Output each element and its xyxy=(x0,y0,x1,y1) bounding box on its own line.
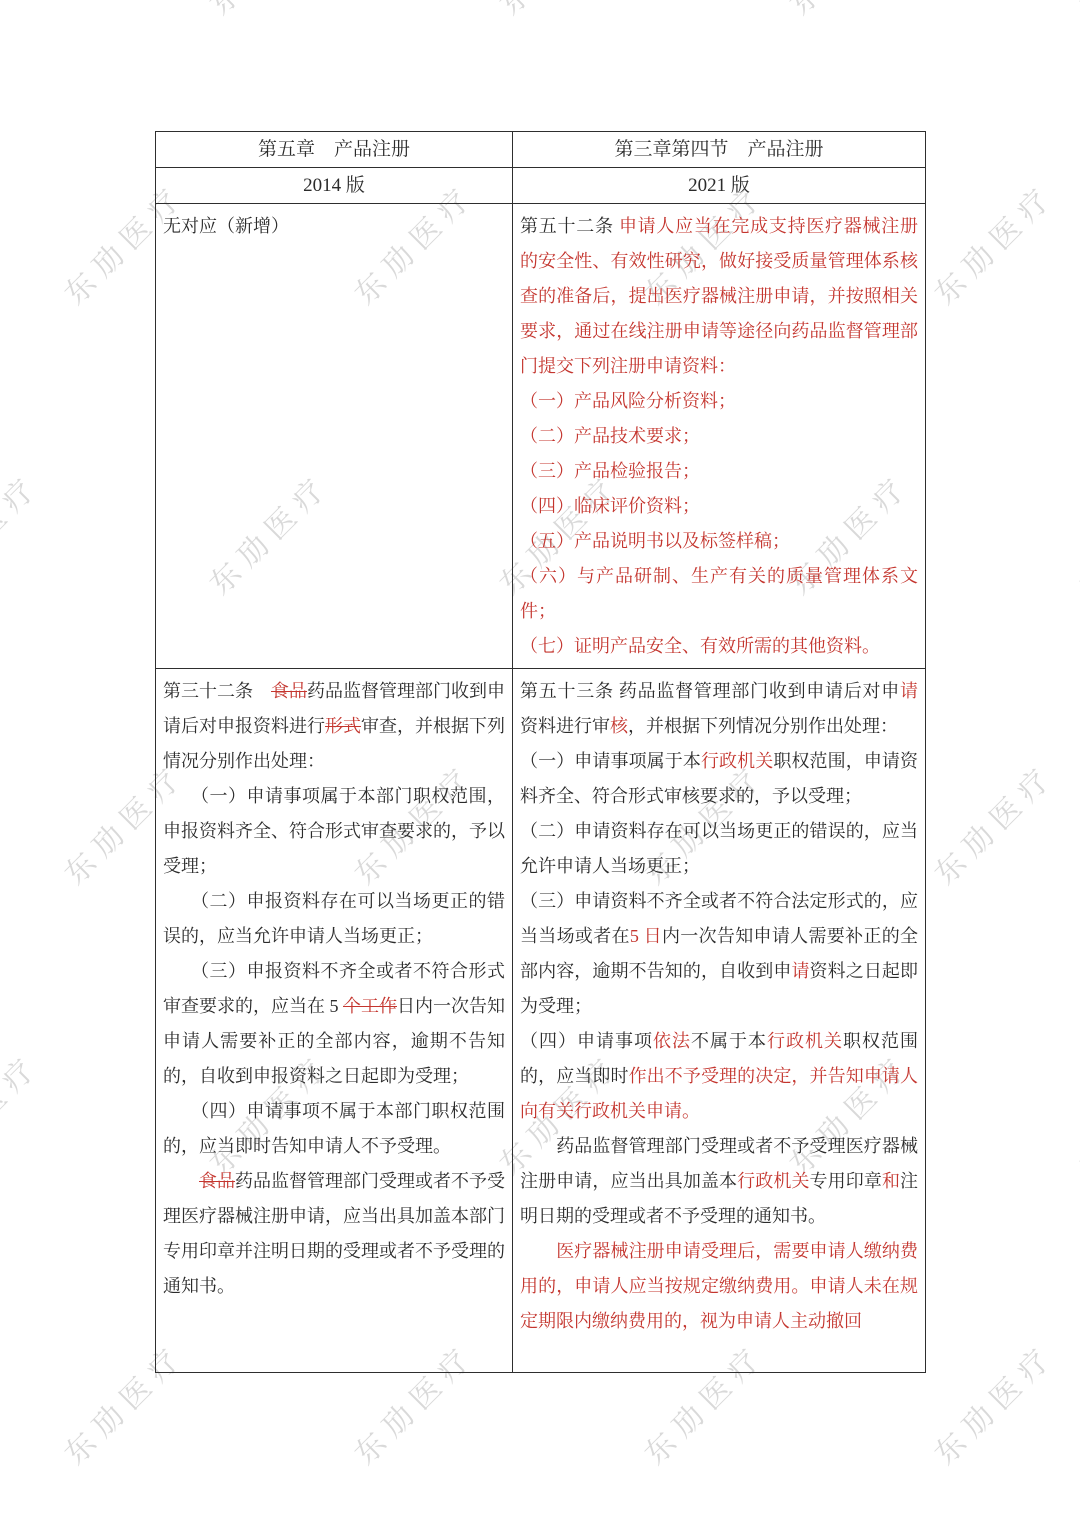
added-text: （七）证明产品安全、有效所需的其他资料。 xyxy=(520,636,880,656)
paragraph: （六）与产品研制、生产有关的质量管理体系文件； xyxy=(520,559,918,629)
paragraph: （三）申报资料不齐全或者不符合形式审查要求的，应当在 5 个工作日内一次告知申请… xyxy=(163,954,505,1094)
added-text: 申请人应当在完成支持医疗器械注册的安全性、有效性研究，做好接受质量管理体系核查的… xyxy=(520,216,918,376)
watermark-text: 东劢医疗 xyxy=(0,461,49,602)
paragraph: （三）申请资料不齐全或者不符合法定形式的，应当当场或者在5 日内一次告知申请人需… xyxy=(520,884,918,1024)
paragraph: （五）产品说明书以及标签样稿； xyxy=(520,524,918,559)
text-run: 第三十二条 xyxy=(163,681,271,701)
paragraph: 食品药品监督管理部门受理或者不予受理医疗器械注册申请，应当出具加盖本部门专用印章… xyxy=(163,1164,505,1304)
text-run xyxy=(163,1171,199,1191)
text-run: （二）申请资料存在可以当场更正的错误的，应当允许申请人当场更正； xyxy=(520,821,918,876)
header-right-chapter: 第三章第四节 产品注册 xyxy=(513,132,926,168)
text-run xyxy=(520,1241,556,1261)
added-text: 行政机关 xyxy=(701,751,773,771)
cell-2014-no-counterpart: 无对应（新增） xyxy=(156,204,513,669)
watermark-text: 东劢医疗 xyxy=(0,1041,49,1182)
watermark-text: 东劢医疗 xyxy=(922,171,1063,312)
added-text: 依法 xyxy=(653,1031,691,1051)
watermark-text: 东劢医疗 xyxy=(487,0,628,23)
added-text: （六）与产品研制、生产有关的质量管理体系文件； xyxy=(520,566,918,621)
added-text: 行政机关 xyxy=(737,1171,809,1191)
header-right-version: 2021 版 xyxy=(513,168,926,204)
header-left-version: 2014 版 xyxy=(156,168,513,204)
text-run: （二）申报资料存在可以当场更正的错误的，应当允许申请人当场更正； xyxy=(163,891,505,946)
paragraph: （一）申请事项属于本行政机关职权范围，申请资料齐全、符合形式审核要求的，予以受理… xyxy=(520,744,918,814)
table-row-article-52: 无对应（新增） 第五十二条 申请人应当在完成支持医疗器械注册的安全性、有效性研究… xyxy=(156,204,926,669)
paragraph: 第五十三条 药品监督管理部门收到申请后对申请资料进行审核，并根据下列情况分别作出… xyxy=(520,674,918,744)
paragraph: （二）申报资料存在可以当场更正的错误的，应当允许申请人当场更正； xyxy=(163,884,505,954)
paragraph: （四）临床评价资料； xyxy=(520,489,918,524)
text-run: （四）申请事项 xyxy=(520,1031,653,1051)
text-run: （一）申请事项属于本部门职权范围，申报资料齐全、符合形式审查要求的，予以受理； xyxy=(163,786,505,876)
version-header-row: 2014 版 2021 版 xyxy=(156,168,926,204)
added-text: 核 xyxy=(610,716,628,736)
added-text: （四）临床评价资料； xyxy=(520,496,700,516)
text-run: 不属于本 xyxy=(691,1031,767,1051)
deleted-text: 食品 xyxy=(271,681,307,701)
added-text: 医疗器械注册申请受理后，需要申请人缴纳费用的，申请人应当按规定缴纳费用。申请人未… xyxy=(520,1241,918,1331)
added-text: 和 xyxy=(882,1171,900,1191)
added-text: 请 xyxy=(791,961,809,981)
watermark-text: 东劢医疗 xyxy=(0,0,49,23)
watermark-text: 东劢医疗 xyxy=(197,0,338,23)
text-run: 第五十三条 药品监督管理部门收到申请后对申 xyxy=(520,681,900,701)
watermark-text: 东劢医疗 xyxy=(1067,461,1080,602)
text-run: ，并根据下列情况分别作出处理： xyxy=(628,716,898,736)
added-text: （三）产品检验报告； xyxy=(520,461,700,481)
paragraph: （四）申请事项不属于本部门职权范围的，应当即时告知申请人不予受理。 xyxy=(163,1094,505,1164)
deleted-text: 个工作 xyxy=(343,996,397,1016)
paragraph: （一）产品风险分析资料； xyxy=(520,384,918,419)
text-run: （一）申请事项属于本 xyxy=(520,751,701,771)
paragraph: （二）申请资料存在可以当场更正的错误的，应当允许申请人当场更正； xyxy=(520,814,918,884)
added-text: （二）产品技术要求； xyxy=(520,426,700,446)
paragraph: 药品监督管理部门受理或者不予受理医疗器械注册申请，应当出具加盖本行政机关专用印章… xyxy=(520,1129,918,1234)
paragraph: 医疗器械注册申请受理后，需要申请人缴纳费用的，申请人应当按规定缴纳费用。申请人未… xyxy=(520,1234,918,1339)
paragraph: 无对应（新增） xyxy=(163,209,505,244)
paragraph: （一）申请事项属于本部门职权范围，申报资料齐全、符合形式审查要求的，予以受理； xyxy=(163,779,505,884)
text-run: 专用印章 xyxy=(810,1171,882,1191)
paragraph: 第三十二条 食品药品监督管理部门收到申请后对申报资料进行形式审查，并根据下列情况… xyxy=(163,674,505,779)
paragraph: 第五十二条 申请人应当在完成支持医疗器械注册的安全性、有效性研究，做好接受质量管… xyxy=(520,209,918,384)
deleted-text: 食品 xyxy=(199,1171,235,1191)
deleted-text: 形式 xyxy=(325,716,361,736)
text-run: （四）申请事项不属于本部门职权范围的，应当即时告知申请人不予受理。 xyxy=(163,1101,505,1156)
watermark-text: 东劢医疗 xyxy=(922,751,1063,892)
paragraph: （四）申请事项依法不属于本行政机关职权范围的，应当即时作出不予受理的决定，并告知… xyxy=(520,1024,918,1129)
paragraph: （三）产品检验报告； xyxy=(520,454,918,489)
added-text: 5 日 xyxy=(630,926,662,946)
watermark-text: 东劢医疗 xyxy=(1067,0,1080,23)
watermark-text: 东劢医疗 xyxy=(1067,1041,1080,1182)
text-run: 资料进行审 xyxy=(520,716,610,736)
section-header-row: 第五章 产品注册 第三章第四节 产品注册 xyxy=(156,132,926,168)
watermark-text: 东劢医疗 xyxy=(777,0,918,23)
added-text: （一）产品风险分析资料； xyxy=(520,391,736,411)
watermark-text: 东劢医疗 xyxy=(922,1331,1063,1472)
text-run: 无对应（新增） xyxy=(163,216,289,236)
paragraph: （七）证明产品安全、有效所需的其他资料。 xyxy=(520,629,918,664)
cell-2014-article-32: 第三十二条 食品药品监督管理部门收到申请后对申报资料进行形式审查，并根据下列情况… xyxy=(156,669,513,1373)
added-text: 请 xyxy=(900,681,918,701)
comparison-table: 第五章 产品注册 第三章第四节 产品注册 2014 版 2021 版 无对应（新… xyxy=(155,131,926,1373)
cell-2021-article-52: 第五十二条 申请人应当在完成支持医疗器械注册的安全性、有效性研究，做好接受质量管… xyxy=(513,204,926,669)
table-row-article-32-53: 第三十二条 食品药品监督管理部门收到申请后对申报资料进行形式审查，并根据下列情况… xyxy=(156,669,926,1373)
added-text: （五）产品说明书以及标签样稿； xyxy=(520,531,790,551)
header-left-chapter: 第五章 产品注册 xyxy=(156,132,513,168)
text-run: 第五十二条 xyxy=(520,216,619,236)
added-text: 行政机关 xyxy=(767,1031,843,1051)
paragraph: （二）产品技术要求； xyxy=(520,419,918,454)
cell-2021-article-53: 第五十三条 药品监督管理部门收到申请后对申请资料进行审核，并根据下列情况分别作出… xyxy=(513,669,926,1373)
